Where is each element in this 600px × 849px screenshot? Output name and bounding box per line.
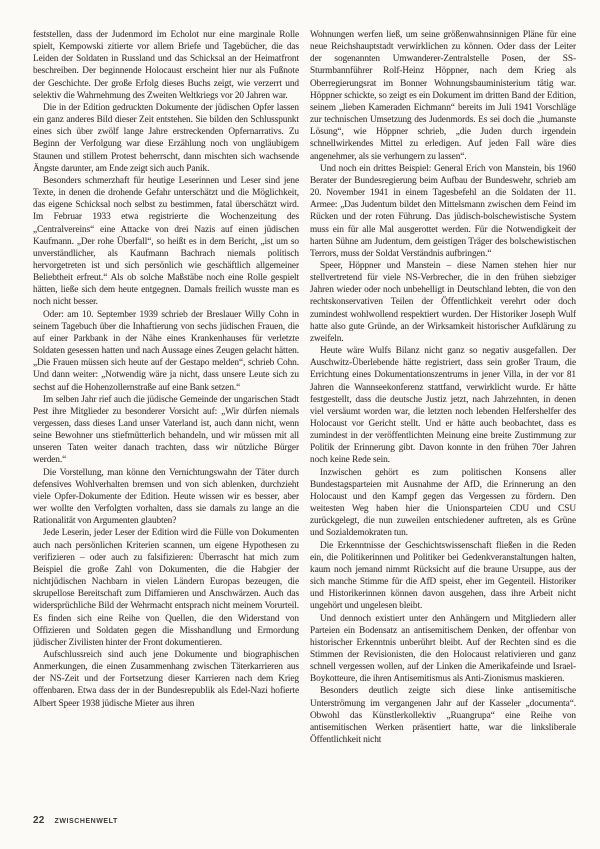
article-paragraph: Und noch ein drittes Beispiel: General E… bbox=[310, 163, 576, 260]
text-column-left: feststellen, dass der Judenmord im Echol… bbox=[33, 29, 299, 801]
article-paragraph: Wohnungen werfen ließ, um seine größenwa… bbox=[310, 29, 576, 163]
article-paragraph: Die Vorstellung, man könne den Vernichtu… bbox=[33, 467, 299, 528]
article-paragraph: Inzwischen gehört es zum politischen Kon… bbox=[310, 467, 576, 540]
article-paragraph: Im selben Jahr rief auch die jüdische Ge… bbox=[33, 394, 299, 467]
article-paragraph: Die Erkenntnisse der Geschichtswissensch… bbox=[310, 540, 576, 613]
article-paragraph: Heute wäre Wulfs Bilanz nicht ganz so ne… bbox=[310, 345, 576, 467]
magazine-page: feststellen, dass der Judenmord im Echol… bbox=[0, 0, 600, 849]
article-paragraph: Aufschlussreich sind auch jene Dokumente… bbox=[33, 649, 299, 710]
article-paragraph: feststellen, dass der Judenmord im Echol… bbox=[33, 29, 299, 102]
article-paragraph: Jede Leserin, jeder Leser der Edition wi… bbox=[33, 527, 299, 649]
article-paragraph: Oder: am 10. September 1939 schrieb der … bbox=[33, 309, 299, 394]
text-column-right: Wohnungen werfen ließ, um seine größenwa… bbox=[310, 29, 576, 801]
page-number: 22 bbox=[33, 815, 45, 826]
article-text-block: feststellen, dass der Judenmord im Echol… bbox=[33, 29, 576, 801]
article-paragraph: Besonders deutlich zeigte sich diese lin… bbox=[310, 685, 576, 746]
article-paragraph: Besonders schmerzhaft für heutige Leseri… bbox=[33, 175, 299, 309]
article-paragraph: Die in der Edition gedruckten Dokumente … bbox=[33, 102, 299, 175]
article-paragraph: Speer, Höppner und Manstein – diese Name… bbox=[310, 260, 576, 345]
article-paragraph: Und dennoch existiert unter den Anhänger… bbox=[310, 613, 576, 686]
journal-name: ZWISCHENWELT bbox=[55, 818, 118, 826]
page-footer: 22 ZWISCHENWELT bbox=[33, 815, 118, 826]
